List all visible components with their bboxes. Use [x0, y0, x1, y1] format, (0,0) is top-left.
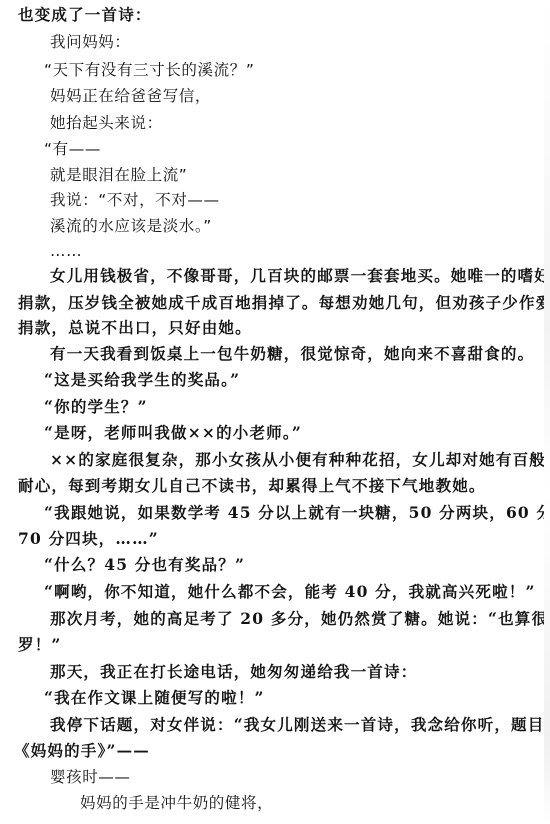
paragraph-line: 那次月考，她的高足考了 20 多分，她仍然赏了糖。她说：“也算很难得 [50, 609, 550, 629]
poem-line: 溪流的水应该是淡水。” [50, 216, 212, 236]
poem-line: 妈妈的手是冲牛奶的健将， [80, 793, 273, 813]
document-page: 也变成了一首诗： 我问妈妈： “天下有没有三寸长的溪流？” 妈妈正在给爸爸写信，… [0, 0, 550, 824]
dialogue-line: “我在作文课上随便写的啦！” [44, 688, 265, 708]
paragraph-line: 罗！” [18, 635, 62, 655]
poem-line: 就是眼泪在脸上流” [50, 165, 187, 185]
paragraph-line: 我停下话题，对女伴说：“我女儿刚送来一首诗，我念给你听，题目是 [50, 715, 550, 735]
poem-line: 我问妈妈： [50, 32, 131, 52]
dialogue-line: “啊哟，你不知道，她什么都不会，能考 40 分，我就高兴死啦！” [44, 582, 536, 602]
poem-line: 她抬起头来说： [50, 113, 163, 133]
poem-line: 婴孩时—— [50, 767, 131, 787]
poem-line: 妈妈正在给爸爸写信， [50, 86, 211, 106]
scan-edge-artifact [544, 0, 550, 824]
dialogue-line: “这是买给我学生的奖品。” [44, 370, 240, 390]
paragraph-line: 女儿用钱极省，不像哥哥，几百块的邮票一套套地买。她唯一的嗜好是 [50, 266, 550, 286]
paragraph-line: ××的家庭很复杂，那小女孩从小便有种种花招，女儿却对她有百般的 [50, 450, 550, 470]
paragraph-line: 那天，我正在打长途电话，她匆匆递给我一首诗： [50, 662, 417, 682]
poem-line: 我说：“不对，不对—— [50, 190, 220, 210]
paragraph-line: 《妈妈的手》”—— [14, 741, 150, 761]
poem-line: “天下有没有三寸长的溪流？” [44, 60, 254, 80]
dialogue-line: “你的学生？” [44, 397, 148, 417]
dialogue-line: 70 分四块，……” [18, 529, 159, 549]
poem-line: “有—— [44, 139, 101, 159]
dialogue-line: “什么？45 分也有奖品？” [44, 555, 245, 575]
dialogue-line: “是呀，老师叫我做××的小老师。” [44, 423, 302, 443]
paragraph-line: 捐款，总说不出口，只好由她。 [18, 318, 252, 338]
paragraph-line: 有一天我看到饭桌上一包牛奶糖，很觉惊奇，她向来不喜甜食的。 [50, 344, 534, 364]
paragraph-line: 捐款，压岁钱全被她成千成百地捐掉了。每想劝她几句，但劝孩子少作爱国 [18, 293, 550, 313]
paragraph-line: 耐心，每到考期女儿自己不读书，却累得上气不接下气地教她。 [18, 476, 486, 496]
ellipsis-line: …… [50, 241, 82, 261]
dialogue-line: “我跟她说，如果数学考 45 分以上就有一块糖，50 分两块，60 分三块， [44, 503, 550, 523]
text-line: 也变成了一首诗： [18, 5, 152, 25]
